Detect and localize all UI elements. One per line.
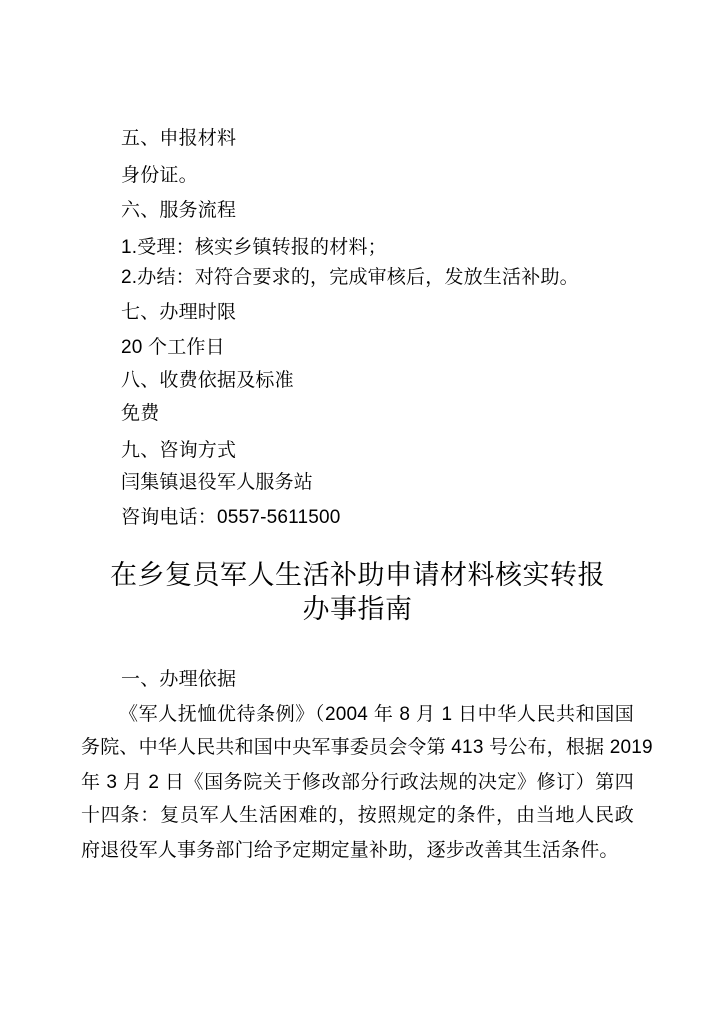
section-heading-1-legal-basis: 一、办理依据 bbox=[121, 663, 236, 697]
section-heading-6-process: 六、服务流程 bbox=[121, 194, 236, 228]
legal-paragraph-line-3: 年 3 月 2 日《国务院关于修改部分行政法规的决定》修订）第四 bbox=[81, 766, 634, 800]
guide-title-line1: 在乡复员军人生活补助申请材料核实转报 bbox=[81, 558, 634, 592]
section-heading-8-fees: 八、收费依据及标准 bbox=[121, 364, 294, 398]
body-consultation-phone: 咨询电话：0557-5611500 bbox=[121, 501, 341, 535]
process-step-1: 1.受理：核实乡镇转报的材料； bbox=[121, 231, 387, 265]
legal-paragraph-line-5: 府退役军人事务部门给予定期定量补助，逐步改善其生活条件。 bbox=[81, 834, 634, 868]
body-service-station: 闫集镇退役军人服务站 bbox=[121, 466, 313, 500]
process-step-2: 2.办结：对符合要求的，完成审核后，发放生活补助。 bbox=[121, 261, 579, 295]
legal-paragraph-line-2: 务院、中华人民共和国中央军事委员会令第 413 号公布，根据 2019 bbox=[81, 731, 634, 765]
section-heading-5-materials: 五、申报材料 bbox=[121, 122, 236, 156]
body-free-of-charge: 免费 bbox=[121, 397, 159, 431]
legal-paragraph-line-4: 十四条：复员军人生活困难的，按照规定的条件，由当地人民政 bbox=[81, 799, 634, 833]
body-working-days: 20 个工作日 bbox=[121, 331, 225, 365]
document-page: 五、申报材料 身份证。 六、服务流程 1.受理：核实乡镇转报的材料； 2.办结：… bbox=[0, 0, 715, 1011]
section-heading-7-time-limit: 七、办理时限 bbox=[121, 296, 236, 330]
legal-paragraph-line-1: 《军人抚恤优待条例》（2004 年 8 月 1 日中华人民共和国国 bbox=[81, 698, 634, 732]
guide-title-line2: 办事指南 bbox=[81, 592, 634, 626]
body-id-card: 身份证。 bbox=[121, 159, 198, 193]
section-heading-9-consultation: 九、咨询方式 bbox=[121, 434, 236, 468]
